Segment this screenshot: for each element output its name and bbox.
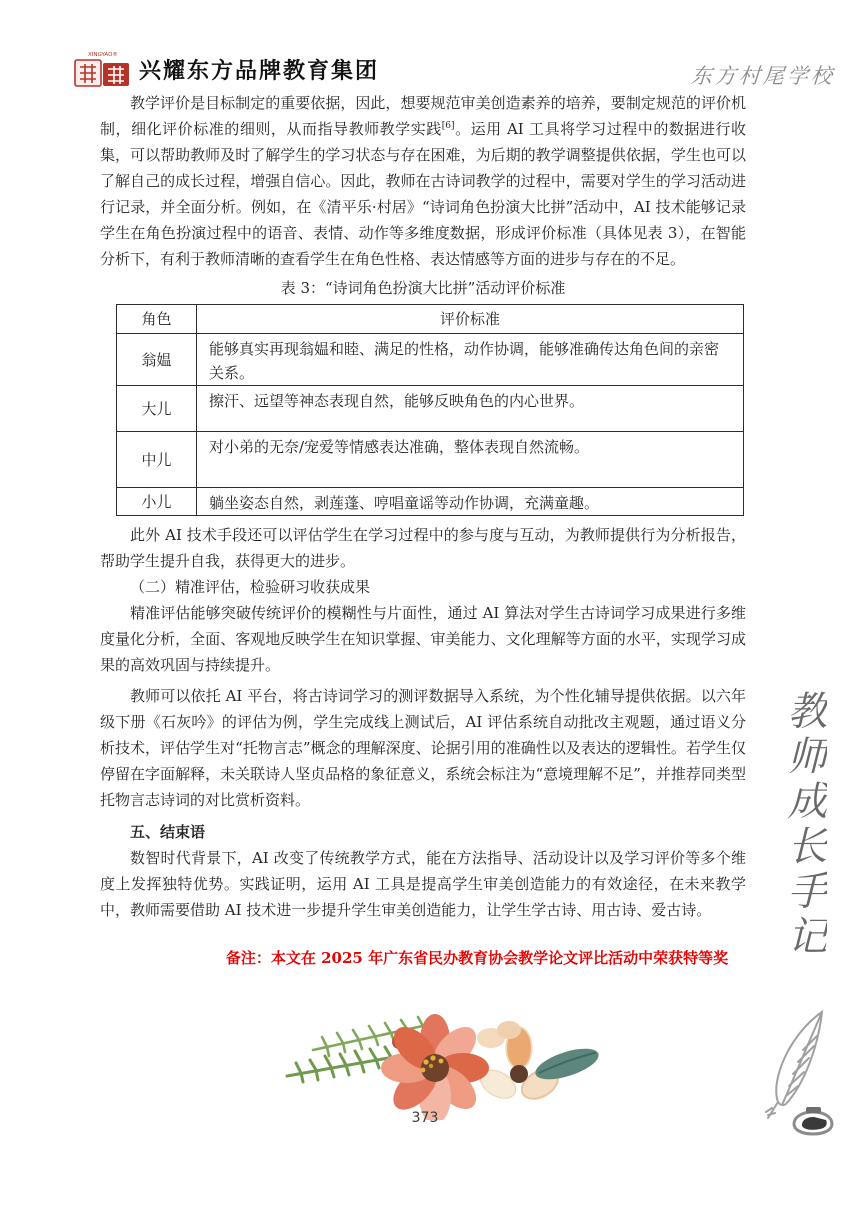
evaluation-criteria-table: 角色 评价标准 翁媪 能够真实再现翁媪和睦、满足的性格，动作协调，能够准确传达角… [116,304,744,516]
column-header-role: 角色 [117,305,197,334]
role-cell: 中儿 [117,432,197,488]
table-header-row: 角色 评价标准 [117,305,744,334]
document-body: 教学评价是目标制定的重要依据，因此，想要规范审美创造素养的培养，要制定规范的评价… [100,90,746,971]
criteria-cell: 能够真实再现翁媪和睦、满足的性格，动作协调，能够准确传达角色间的亲密关系。 [197,334,744,386]
brand: XINGYAO® 兴耀东方品牌教育集团 [73,48,379,90]
table-row: 小儿 躺坐姿态自然，剥莲蓬、哼唱童谣等动作协调，充满童趣。 [117,488,744,516]
footnote-ref: [6] [442,121,455,131]
sub-heading-precise-evaluation: （二）精准评估，检验研习收获成果 [100,574,746,600]
page-header: XINGYAO® 兴耀东方品牌教育集团 东方村尾学校 [73,48,835,90]
school-name: 东方村尾学校 [690,60,836,90]
table-caption: 表 3：“诗词角色扮演大比拼”活动评价标准 [100,275,746,301]
page-number: 373 [0,1110,850,1126]
role-cell: 翁媪 [117,334,197,386]
criteria-cell: 擦汗、远望等神态表现自然，能够反映角色的内心世界。 [197,386,744,432]
table-row: 大儿 擦汗、远望等神态表现自然，能够反映角色的内心世界。 [117,386,744,432]
column-header-criteria: 评价标准 [197,305,744,334]
paragraph-quantitative-analysis: 精准评估能够突破传统评价的模糊性与片面性，通过 AI 算法对学生古诗词学习成果进… [100,600,746,678]
logo-small-text: XINGYAO® [88,51,118,58]
criteria-cell: 躺坐姿态自然，剥莲蓬、哼唱童谣等动作协调，充满童趣。 [197,488,744,516]
award-note: 备注：本文在 2025 年广东省民办教育协会教学论文评比活动中荣获特等奖 [208,945,746,971]
paragraph-evaluation: 教学评价是目标制定的重要依据，因此，想要规范审美创造素养的培养，要制定规范的评价… [100,90,746,272]
paragraph-participation: 此外 AI 技术手段还可以评估学生在学习过程中的参与度与互动，为教师提供行为分析… [100,522,746,574]
table-row: 翁媪 能够真实再现翁媪和睦、满足的性格，动作协调，能够准确传达角色间的亲密关系。 [117,334,744,386]
document-page: XINGYAO® 兴耀东方品牌教育集团 东方村尾学校 教学评价是目标制定的重要依… [0,0,850,1205]
role-cell: 小儿 [117,488,197,516]
brand-seal-icon: XINGYAO® [73,48,133,90]
paragraph-conclusion: 数智时代背景下，AI 改变了传统教学方式，能在方法指导、活动设计以及学习评价等多… [100,845,746,923]
section-heading-conclusion: 五、结束语 [100,819,746,845]
paragraph-evaluation-text-2: 。运用 AI 工具将学习过程中的数据进行收集，可以帮助教师及时了解学生的学习状态… [100,120,746,268]
table-row: 中儿 对小弟的无奈/宠爱等情感表达准确，整体表现自然流畅。 [117,432,744,488]
flower-decoration [283,1006,601,1120]
criteria-cell: 对小弟的无奈/宠爱等情感表达准确，整体表现自然流畅。 [197,432,744,488]
paragraph-ai-platform: 教师可以依托 AI 平台，将古诗词学习的测评数据导入系统，为个性化辅导提供依据。… [100,683,746,813]
brand-name: 兴耀东方品牌教育集团 [139,54,379,85]
calligraphy-teacher-growth-notes: 教师成长手记 [776,690,833,980]
role-cell: 大儿 [117,386,197,432]
